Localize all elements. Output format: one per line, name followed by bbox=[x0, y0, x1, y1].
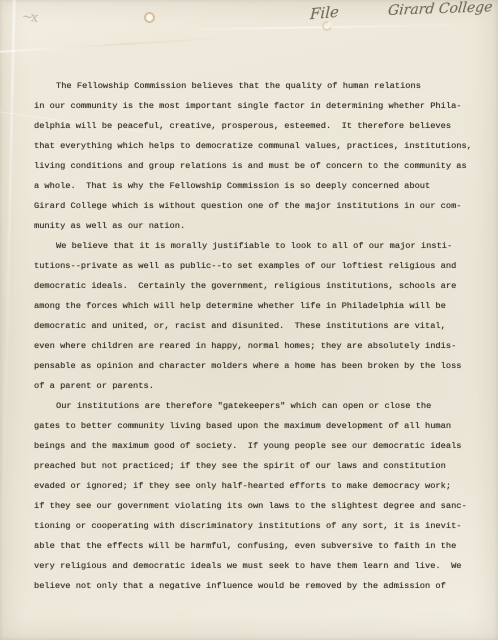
document-line: even where children are reared in happy,… bbox=[34, 336, 474, 356]
document-line: We believe that it is morally justifiabl… bbox=[34, 236, 474, 256]
document-line: very religious and democratic ideals we … bbox=[34, 556, 474, 576]
punch-hole-stain bbox=[144, 12, 155, 23]
document-line: believe not only that a negative influen… bbox=[34, 576, 474, 596]
document-line: democratic and united, or, racist and di… bbox=[34, 316, 474, 336]
document-line: pensable as opinion and character molder… bbox=[34, 356, 474, 376]
pencil-scribble-mark: ~x bbox=[21, 9, 37, 25]
typewritten-text-block: The Fellowship Commission believes that … bbox=[34, 76, 474, 596]
document-line: gates to better community living based u… bbox=[34, 416, 474, 436]
document-line: of a parent or parents. bbox=[34, 376, 474, 396]
paper-crease bbox=[0, 37, 230, 54]
document-line: evaded or ignored; if they see only half… bbox=[34, 476, 474, 496]
paper-crease bbox=[0, 0, 16, 640]
document-line: tutions--private as well as public--to s… bbox=[34, 256, 474, 276]
document-line: Our institutions are therefore "gatekeep… bbox=[34, 396, 474, 416]
document-line: able that the effects will be harmful, c… bbox=[34, 536, 474, 556]
handwritten-subject-note: Girard College bbox=[387, 0, 493, 19]
scanned-document-page: ~x File Girard College The Fellowship Co… bbox=[0, 0, 498, 640]
document-line: Girard College which is without question… bbox=[34, 196, 474, 216]
document-line: The Fellowship Commission believes that … bbox=[34, 76, 474, 96]
document-line: living conditions and group relations is… bbox=[34, 156, 474, 176]
document-line: that everything which helps to democrati… bbox=[34, 136, 474, 156]
document-line: in our community is the most important s… bbox=[34, 96, 474, 116]
document-line: beings and the maximum good of society. … bbox=[34, 436, 474, 456]
document-line: delphia will be peaceful, creative, pros… bbox=[34, 116, 474, 136]
document-line: among the forces which will help determi… bbox=[34, 296, 474, 316]
document-line: tioning or cooperating with discriminato… bbox=[34, 516, 474, 536]
document-line: munity as well as our nation. bbox=[34, 216, 474, 236]
document-line: if they see our government violating its… bbox=[34, 496, 474, 516]
handwritten-file-note: File bbox=[310, 3, 340, 24]
document-line: democratic ideals. Certainly the governm… bbox=[34, 276, 474, 296]
document-line: preached but not practiced; if they see … bbox=[34, 456, 474, 476]
document-line: a whole. That is why the Fellowship Comm… bbox=[34, 176, 474, 196]
